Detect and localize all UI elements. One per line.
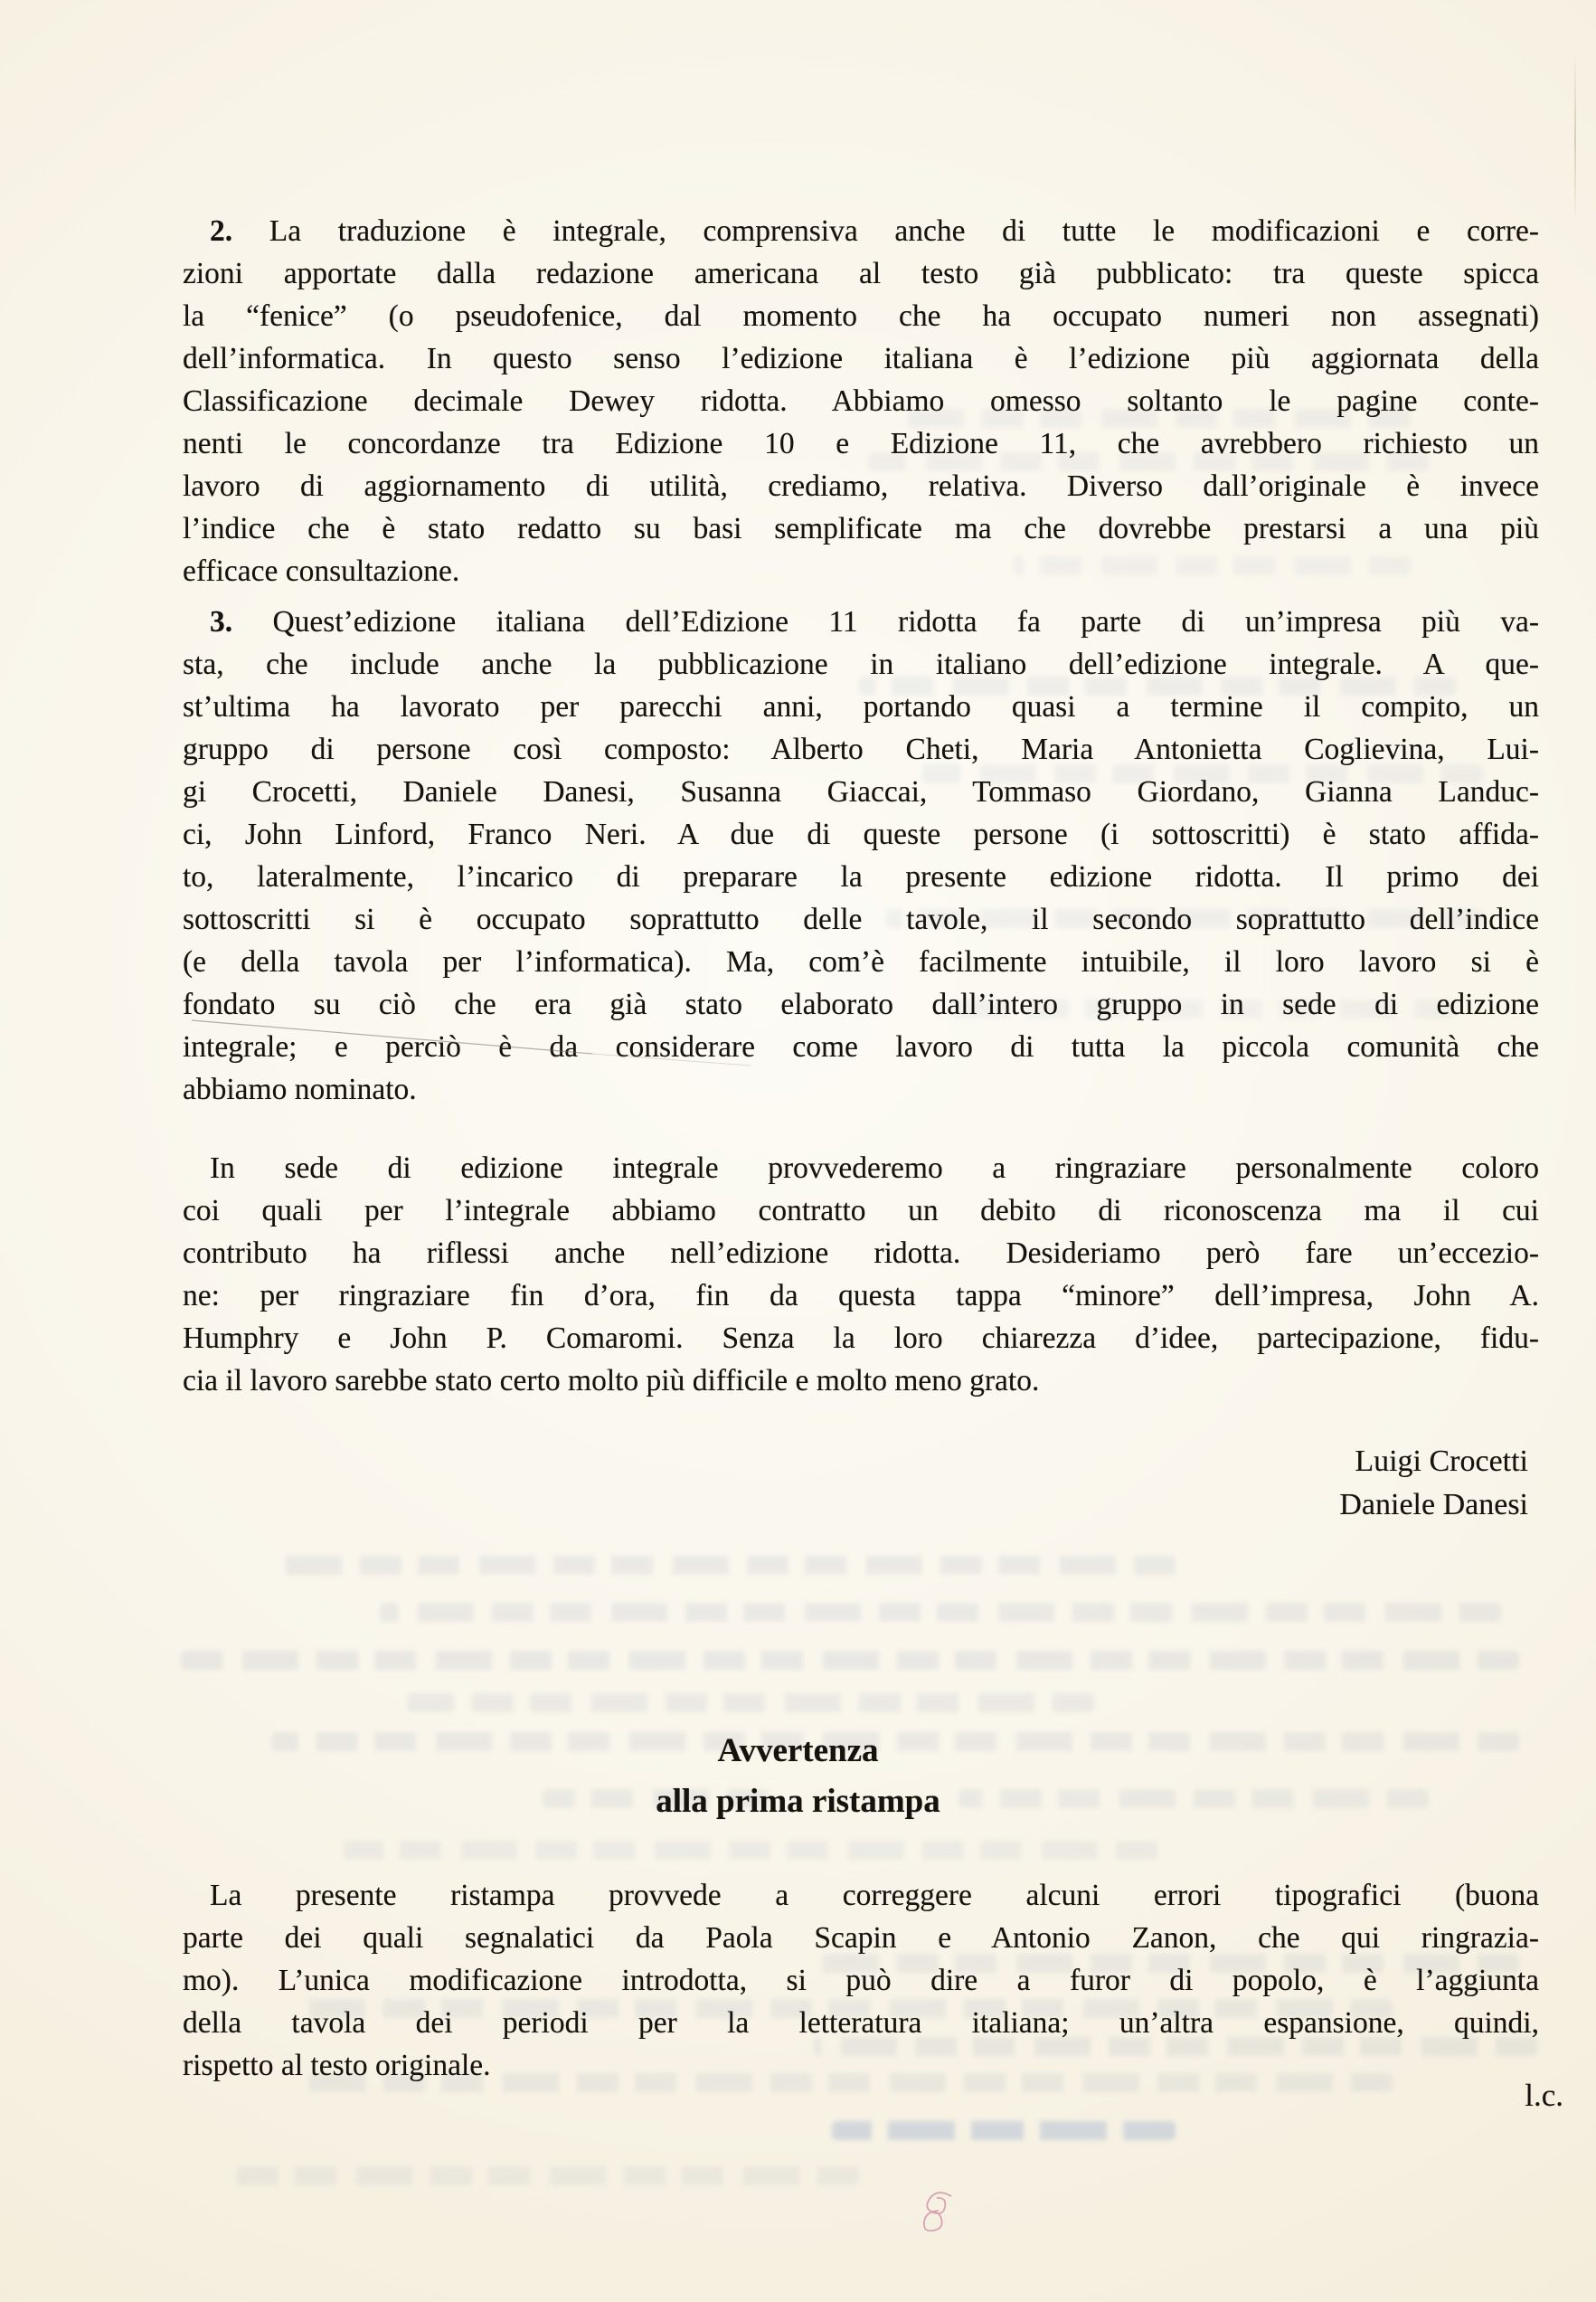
paragraph-number: 2. <box>210 214 232 248</box>
text-line: lavoro di aggiornamento di utilità, cred… <box>183 465 1539 507</box>
bleed-through-artifact <box>271 1556 1176 1575</box>
text-line: fondato su ciò che era già stato elabora… <box>183 983 1539 1026</box>
bleed-through-artifact <box>407 1693 1094 1712</box>
signature-block: Luigi Crocetti Daniele Danesi <box>1339 1440 1528 1527</box>
bleed-through-artifact <box>181 1651 1519 1670</box>
text-line: La presente ristampa provvede a corregge… <box>183 1874 1539 1917</box>
text-line: Classificazione decimale Dewey ridotta. … <box>183 380 1539 422</box>
text-line: to, lateralmente, l’incarico di preparar… <box>183 856 1539 898</box>
bleed-through-artifact <box>344 1841 1157 1860</box>
text-line: parte dei quali segnalatici da Paola Sca… <box>183 1917 1539 1959</box>
text-line: gruppo di persone così composto: Alberto… <box>183 728 1539 771</box>
text-line: 2. La traduzione è integrale, comprensiv… <box>183 210 1539 252</box>
bleed-through-artifact <box>380 1603 1501 1622</box>
bleed-through-artifact <box>832 2121 1176 2140</box>
text-line: dell’informatica. In questo senso l’ediz… <box>183 337 1539 380</box>
text-line: nenti le concordanze tra Edizione 10 e E… <box>183 422 1539 465</box>
text-line: abbiamo nominato. <box>183 1068 1539 1111</box>
text-line: sottoscritti si è occupato soprattutto d… <box>183 898 1539 941</box>
section-heading: Avvertenza alla prima ristampa <box>0 1726 1596 1827</box>
signature-name-2: Daniele Danesi <box>1339 1483 1528 1527</box>
text-line: coi quali per l’integrale abbiamo contra… <box>183 1189 1539 1232</box>
paragraph-2: 2. La traduzione è integrale, comprensiv… <box>183 210 1539 592</box>
text-line: In sede di edizione integrale provvedere… <box>183 1147 1539 1189</box>
paragraph-acknowledgements: In sede di edizione integrale provvedere… <box>183 1147 1539 1402</box>
text-line: 3. Quest’edizione italiana dell’Edizione… <box>183 601 1539 643</box>
text-line: gi Crocetti, Daniele Danesi, Susanna Gia… <box>183 771 1539 813</box>
book-page: 2. La traduzione è integrale, comprensiv… <box>0 0 1596 2302</box>
text-line: della tavola dei periodi per la letterat… <box>183 2002 1539 2044</box>
text-line: st’ultima ha lavorato per parecchi anni,… <box>183 686 1539 728</box>
text-line: l’indice che è stato redatto su basi sem… <box>183 507 1539 550</box>
text-line: sta, che include anche la pubblicazione … <box>183 643 1539 686</box>
text-line: mo). L’unica modificazione introdotta, s… <box>183 1959 1539 2002</box>
text-line: ci, John Linford, Franco Neri. A due di … <box>183 813 1539 856</box>
text-line: rispetto al testo originale. <box>183 2044 1539 2087</box>
text-line: (e della tavola per l’informatica). Ma, … <box>183 941 1539 983</box>
heading-line-2: alla prima ristampa <box>0 1776 1596 1827</box>
text-line: integrale; e perciò è da considerare com… <box>183 1026 1539 1068</box>
text-line: ne: per ringraziare fin d’ora, fin da qu… <box>183 1274 1539 1317</box>
text-line: contributo ha riflessi anche nell’edizio… <box>183 1232 1539 1274</box>
text-line: Humphry e John P. Comaromi. Senza la lor… <box>183 1317 1539 1359</box>
signature-name-1: Luigi Crocetti <box>1339 1440 1528 1483</box>
paper-crease-artifact <box>1574 52 1576 224</box>
text-line: cia il lavoro sarebbe stato certo molto … <box>183 1359 1539 1402</box>
text-line: zioni apportate dalla redazione american… <box>183 252 1539 295</box>
heading-line-1: Avvertenza <box>0 1726 1596 1776</box>
author-initials: l.c. <box>1525 2078 1563 2114</box>
text-line: efficace consultazione. <box>183 550 1539 592</box>
paragraph-number: 3. <box>210 605 232 639</box>
paragraph-reprint-note: La presente ristampa provvede a corregge… <box>183 1874 1539 2087</box>
text-line: la “fenice” (o pseudofenice, dal momento… <box>183 295 1539 337</box>
bleed-through-artifact <box>226 2166 859 2185</box>
paragraph-3: 3. Quest’edizione italiana dell’Edizione… <box>183 601 1539 1111</box>
pink-pen-squiggle-artifact <box>924 2193 951 2231</box>
